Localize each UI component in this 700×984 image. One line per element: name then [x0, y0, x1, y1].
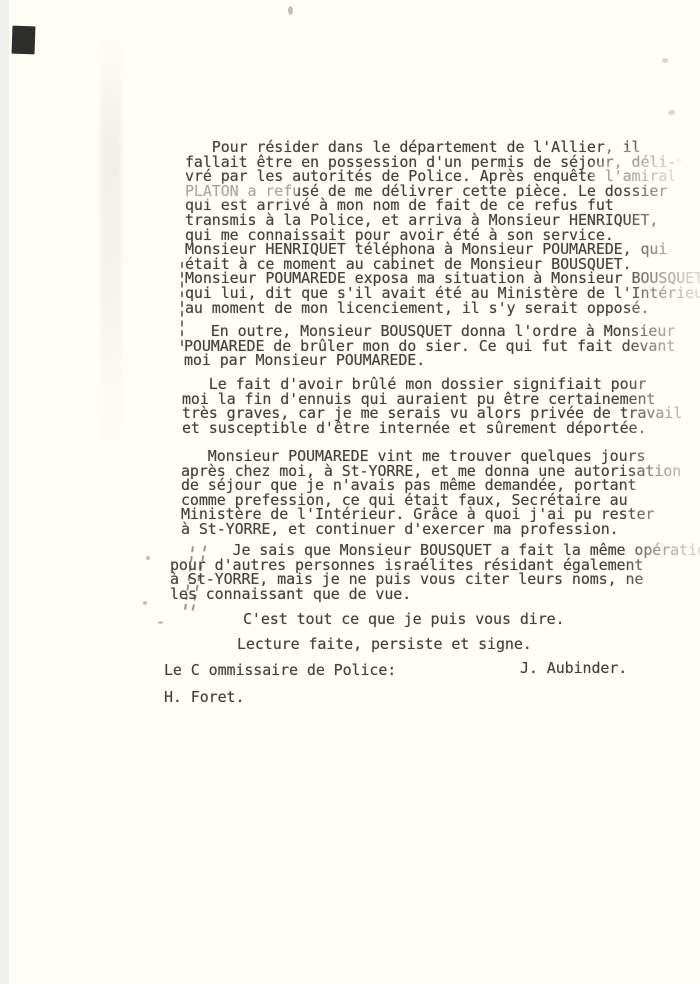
scan-speck — [668, 110, 675, 115]
scan-speck — [146, 556, 150, 560]
attestation-line: Lecture faite, persiste et signe. — [237, 637, 532, 652]
scan-speck — [288, 6, 293, 15]
scan-speck — [143, 601, 147, 605]
witness-signature-name: J. Aubinder. — [520, 661, 627, 676]
commissaire-signature-name: H. Foret. — [164, 690, 244, 705]
paragraph-authorization-st-yorre: Monsieur POUMAREDE vint me trouver quelq… — [181, 449, 681, 537]
paragraph-other-persons: Je sais que Monsieur BOUSQUET a fait la … — [170, 543, 700, 601]
scanned-document-page: Pour résider dans le département de l'Al… — [0, 0, 700, 984]
scan-speck — [662, 58, 668, 63]
margin-pen-mark-vertical — [181, 262, 183, 346]
paragraph-consequences: Le fait d'avoir brûlé mon dossier signif… — [182, 377, 682, 435]
commissaire-label: Le C ommissaire de Police: — [164, 663, 396, 678]
scan-vertical-streak — [100, 30, 122, 460]
scan-speck — [158, 621, 163, 624]
scan-corner-artifact — [12, 26, 36, 55]
paragraph-dossier-burned-order: En outre, Monsieur BOUSQUET donna l'ordr… — [184, 324, 675, 368]
paragraph-residence-permit: Pour résider dans le département de l'Al… — [185, 140, 700, 315]
closing-statement: C'est tout ce que je puis vous dire. — [243, 612, 565, 627]
scan-left-edge-strip — [0, 0, 9, 984]
